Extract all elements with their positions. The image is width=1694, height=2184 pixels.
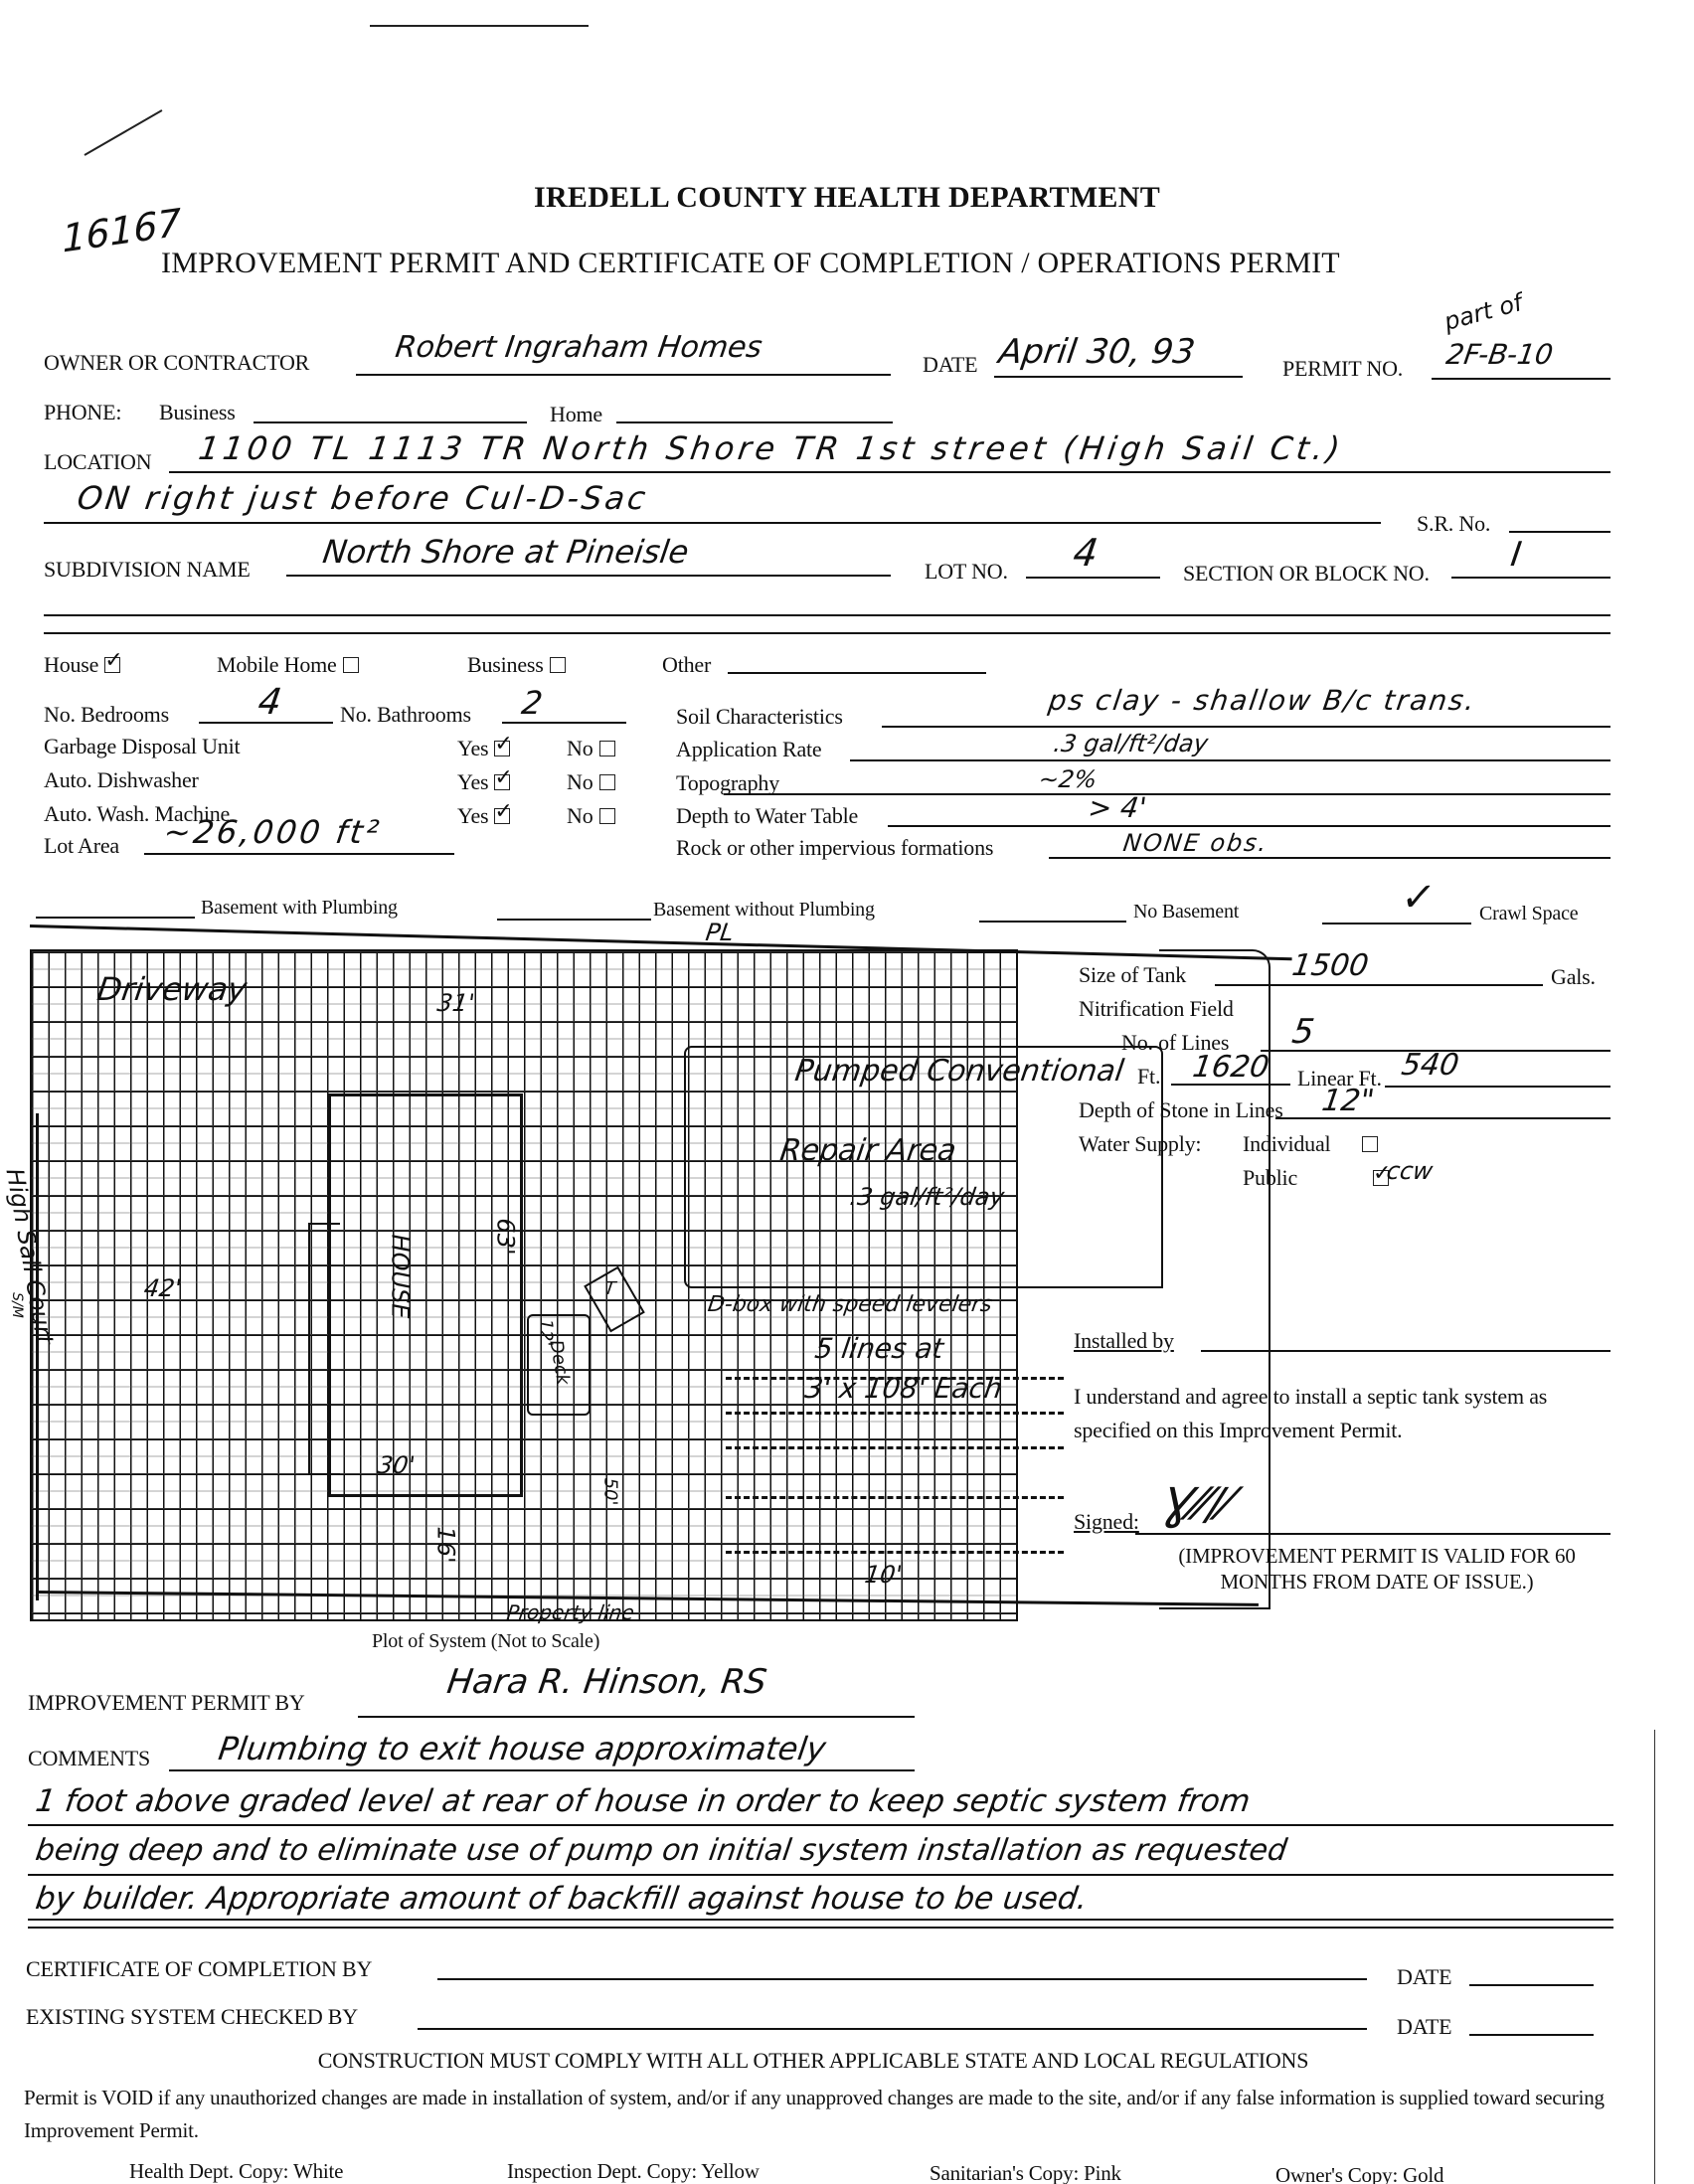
house-outline: [328, 1093, 523, 1497]
home-phone-field[interactable]: [616, 421, 893, 423]
dimension-10: 10': [863, 1561, 904, 1589]
date-field[interactable]: [994, 376, 1243, 378]
tank-size-label: Size of Tank: [1079, 962, 1186, 988]
rock-formations-label: Rock or other impervious formations: [676, 835, 993, 861]
location-field-2[interactable]: [44, 522, 1381, 524]
driveway-label: Driveway: [94, 970, 249, 1008]
comments-line-3: being deep and to eliminate use of pump …: [34, 1833, 1289, 1868]
location-value-2: ON right just before Cul-D-Sac: [75, 479, 650, 517]
washer-no[interactable]: No: [567, 803, 615, 829]
dbox-note: D-box with speed levelers: [706, 1292, 993, 1317]
bathrooms-field[interactable]: [502, 722, 626, 724]
garbage-no[interactable]: No: [567, 736, 615, 761]
water-supply-label: Water Supply:: [1079, 1131, 1201, 1157]
repair-area-title: Pumped Conventional: [793, 1054, 1126, 1089]
location-label: LOCATION: [44, 449, 151, 475]
installed-by-field[interactable]: [1201, 1350, 1610, 1352]
existing-system-field[interactable]: [418, 2028, 1367, 2030]
installer-signature: Ɣ⁄⁄∕⁄: [1159, 1479, 1233, 1530]
signed-label: Signed:: [1074, 1509, 1139, 1535]
department-title: IREDELL COUNTY HEALTH DEPARTMENT: [0, 181, 1694, 215]
date-label: DATE: [923, 352, 977, 378]
certificate-completion-label: CERTIFICATE OF COMPLETION BY: [26, 1956, 372, 1982]
mobile-home-option[interactable]: Mobile Home: [217, 652, 359, 678]
owner-field[interactable]: [356, 374, 891, 376]
dimension-31: 31': [435, 989, 476, 1017]
comments-field-1[interactable]: [169, 1769, 915, 1771]
dimension-63: 63': [492, 1218, 520, 1255]
certificate-date-field[interactable]: [1469, 1984, 1594, 1986]
dishwasher-no-checkbox[interactable]: [599, 774, 615, 790]
installed-by-label: Installed by: [1074, 1328, 1174, 1354]
copy-sanitarian: Sanitarian's Copy: Pink: [930, 2161, 1121, 2184]
business-phone-field[interactable]: [254, 421, 527, 423]
yes-label: Yes: [457, 769, 488, 794]
tank-size-value: 1500: [1290, 948, 1371, 983]
location-field-1[interactable]: [169, 471, 1610, 473]
individual-label: Individual: [1243, 1131, 1330, 1156]
dimension-sm: S/M: [9, 1292, 25, 1318]
permit-no-value: 2F-B-10: [1444, 338, 1556, 371]
street-line: [36, 1113, 39, 1600]
other-field[interactable]: [728, 672, 986, 674]
certificate-date-label: DATE: [1397, 1964, 1451, 1990]
dimension-16: 16': [432, 1526, 460, 1563]
compliance-notice: CONSTRUCTION MUST COMPLY WITH ALL OTHER …: [0, 2048, 1626, 2074]
mobile-home-checkbox[interactable]: [343, 657, 359, 673]
public-note: ccw: [1385, 1157, 1435, 1185]
business-checkbox[interactable]: [550, 657, 566, 673]
copy-inspection-dept: Inspection Dept. Copy: Yellow: [507, 2159, 760, 2184]
basement-with-plumbing-field[interactable]: [36, 917, 195, 919]
section-label: SECTION OR BLOCK NO.: [1183, 561, 1430, 587]
house-checkbox[interactable]: [104, 657, 120, 673]
yes-label: Yes: [457, 803, 488, 828]
bedrooms-value: 4: [255, 682, 284, 723]
nitrification-field-label: Nitrification Field: [1079, 996, 1234, 1022]
subdivision-field[interactable]: [286, 575, 891, 577]
other-label: Other: [662, 652, 711, 678]
subdivision-value: North Shore at Pineisle: [320, 533, 691, 571]
basement-with-plumbing-label: Basement with Plumbing: [201, 897, 398, 920]
copy-health-dept: Health Dept. Copy: White: [129, 2159, 343, 2184]
existing-date-field[interactable]: [1469, 2034, 1594, 2036]
no-basement-label: No Basement: [1133, 901, 1239, 924]
sqft-label: Ft.: [1137, 1064, 1160, 1090]
date-value: April 30, 93: [996, 332, 1197, 372]
lines-note-2: 3' x 108' Each: [803, 1372, 1005, 1405]
public-label: Public: [1243, 1165, 1297, 1190]
comments-field-4[interactable]: [28, 1919, 1613, 1921]
water-table-label: Depth to Water Table: [676, 803, 858, 829]
house-wing: [308, 1223, 340, 1475]
section-divider: [44, 632, 1610, 634]
comments-line-1: Plumbing to exit house approximately: [216, 1730, 828, 1767]
permit-no-label: PERMIT NO.: [1282, 356, 1403, 382]
garbage-yes[interactable]: Yes: [457, 736, 510, 761]
certificate-completion-field[interactable]: [437, 1978, 1367, 1980]
phone-label: PHONE:: [44, 400, 121, 425]
location-value-1: 1100 TL 1113 TR North Shore TR 1st stree…: [196, 429, 1346, 467]
bedrooms-label: No. Bedrooms: [44, 702, 169, 728]
public-option[interactable]: Public: [1243, 1165, 1389, 1191]
dimension-30: 30': [376, 1451, 417, 1479]
stone-depth-label: Depth of Stone in Lines: [1079, 1097, 1283, 1123]
crawl-space-check: ✓: [1399, 875, 1439, 921]
bathrooms-value: 2: [519, 684, 545, 722]
house-label: House: [44, 652, 98, 677]
permit-by-field[interactable]: [358, 1716, 915, 1718]
sr-no-field[interactable]: [1509, 531, 1610, 533]
comments-field-4-rule: [28, 1927, 1613, 1929]
lot-area-value: ~26,000 ft²: [161, 813, 384, 851]
house-label: HOUSE: [386, 1235, 414, 1319]
permit-note: part of: [1441, 288, 1526, 336]
crawl-space-label: Crawl Space: [1479, 903, 1578, 925]
dimension-50: 50': [599, 1478, 620, 1506]
permit-by-signature: Hara R. Hinson, RS: [444, 1662, 768, 1702]
no-label: No: [567, 803, 593, 828]
stone-depth-value: 12": [1320, 1084, 1377, 1118]
comments-line-4: by builder. Appropriate amount of backfi…: [33, 1881, 1090, 1917]
section-field[interactable]: [1451, 577, 1610, 579]
comments-field-3[interactable]: [28, 1874, 1613, 1876]
mobile-home-label: Mobile Home: [217, 652, 337, 677]
soil-characteristics-field[interactable]: [882, 726, 1610, 728]
application-rate-field[interactable]: [850, 759, 1610, 761]
subdivision-label: SUBDIVISION NAME: [44, 557, 251, 583]
garbage-yes-checkbox[interactable]: [494, 741, 510, 756]
repair-area-label: Repair Area: [778, 1133, 959, 1168]
comments-label: COMMENTS: [28, 1746, 150, 1771]
dishwasher-yes-checkbox[interactable]: [494, 774, 510, 790]
business-phone-label: Business: [159, 400, 236, 425]
dishwasher-label: Auto. Dishwasher: [44, 767, 199, 793]
home-phone-label: Home: [550, 402, 602, 427]
comments-field-2[interactable]: [28, 1824, 1613, 1826]
nitrification-line: [726, 1446, 1064, 1449]
permit-no-field[interactable]: [1432, 378, 1610, 380]
copy-owner: Owner's Copy: Gold: [1275, 2163, 1443, 2184]
individual-checkbox[interactable]: [1362, 1136, 1378, 1152]
linear-ft-field[interactable]: [1385, 1086, 1610, 1088]
lot-no-value: 4: [1071, 531, 1101, 575]
rock-formations-field[interactable]: [1049, 857, 1610, 859]
owner-value: Robert Ingraham Homes: [394, 330, 764, 365]
signature-field[interactable]: [1135, 1533, 1610, 1535]
business-option[interactable]: Business: [467, 652, 566, 678]
basement-without-plumbing-field[interactable]: [497, 919, 651, 921]
no-basement-field[interactable]: [979, 921, 1126, 923]
sqft-value: 1620: [1191, 1050, 1271, 1085]
yes-label: Yes: [457, 736, 488, 760]
linear-ft-value: 540: [1400, 1048, 1461, 1083]
application-rate-value: .3 gal/ft²/day: [1052, 730, 1210, 757]
washer-yes-checkbox[interactable]: [494, 808, 510, 824]
owner-label: OWNER OR CONTRACTOR: [44, 350, 309, 376]
basement-without-plumbing-label: Basement without Plumbing: [653, 899, 875, 922]
dishwasher-no[interactable]: No: [567, 769, 615, 795]
application-rate-label: Application Rate: [676, 737, 821, 762]
water-table-value: > 4': [1087, 791, 1149, 824]
lot-area-label: Lot Area: [44, 833, 119, 859]
validity-notice: (IMPROVEMENT PERMIT IS VALID FOR 60 MONT…: [1143, 1543, 1610, 1595]
nitrification-line: [726, 1496, 1064, 1499]
rock-formations-value: NONE obs.: [1121, 829, 1270, 857]
house-option[interactable]: House: [44, 652, 120, 678]
section-value: I: [1508, 535, 1524, 575]
garbage-disposal-label: Garbage Disposal Unit: [44, 734, 240, 759]
lot-no-field[interactable]: [1026, 577, 1160, 579]
soil-characteristics-label: Soil Characteristics: [676, 704, 843, 730]
section-divider: [44, 614, 1610, 616]
void-notice: Permit is VOID if any unauthorized chang…: [24, 2082, 1614, 2147]
individual-option[interactable]: Individual: [1243, 1131, 1378, 1157]
existing-system-label: EXISTING SYSTEM CHECKED BY: [26, 2004, 358, 2030]
lines-note-1: 5 lines at: [813, 1332, 946, 1365]
garbage-no-checkbox[interactable]: [599, 741, 615, 756]
form-title: IMPROVEMENT PERMIT AND CERTIFICATE OF CO…: [161, 247, 1340, 280]
dimension-12: 12': [535, 1319, 556, 1347]
tank-size-field[interactable]: [1215, 984, 1543, 986]
topography-value: ~2%: [1037, 765, 1099, 793]
lines-count-value: 5: [1289, 1012, 1316, 1052]
nitrification-line: [726, 1412, 1064, 1415]
permit-by-label: IMPROVEMENT PERMIT BY: [28, 1690, 305, 1716]
lot-no-label: LOT NO.: [925, 559, 1008, 585]
existing-date-label: DATE: [1397, 2014, 1451, 2040]
washer-no-checkbox[interactable]: [599, 808, 615, 824]
installer-agreement: I understand and agree to install a sept…: [1074, 1380, 1610, 1447]
repair-area-rate: .3 gal/ft²/day: [848, 1183, 1006, 1211]
property-line-label: Property line: [505, 1600, 635, 1624]
tank-unit: Gals.: [1551, 964, 1596, 990]
no-label: No: [567, 736, 593, 760]
soil-characteristics-value: ps clay - shallow B/c trans.: [1047, 684, 1479, 717]
scan-artifact-stroke: [85, 109, 163, 156]
sr-no-label: S.R. No.: [1417, 511, 1490, 537]
water-table-field[interactable]: [888, 825, 1610, 827]
crawl-space-field[interactable]: [1322, 923, 1471, 924]
topography-field[interactable]: [724, 793, 1610, 795]
business-label: Business: [467, 652, 544, 677]
nitrification-line: [726, 1551, 1064, 1554]
comments-line-2: 1 foot above graded level at rear of hou…: [33, 1783, 1252, 1819]
plot-caption: Plot of System (Not to Scale): [372, 1630, 599, 1653]
washer-yes[interactable]: Yes: [457, 803, 510, 829]
no-label: No: [567, 769, 593, 794]
dimension-42: 42': [142, 1274, 183, 1302]
scan-artifact: [370, 25, 589, 27]
dishwasher-yes[interactable]: Yes: [457, 769, 510, 795]
lot-area-field[interactable]: [144, 853, 454, 855]
bathrooms-label: No. Bathrooms: [340, 702, 471, 728]
scan-edge: [1654, 1730, 1655, 2184]
